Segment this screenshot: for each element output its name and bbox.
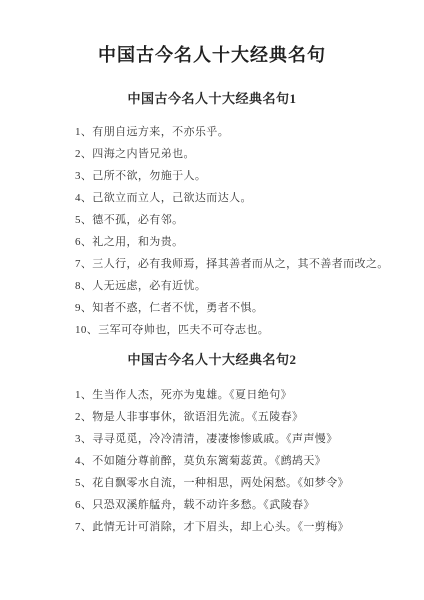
quote-line: 7、三人行，必有我师焉，择其善者而从之，其不善者而改之。 bbox=[75, 258, 394, 271]
quote-line: 4、己欲立而立人，己欲达而达人。 bbox=[75, 192, 394, 205]
page-title: 中国古今名人十大经典名句 bbox=[0, 0, 424, 68]
quote-line: 10、三军可夺帅也，匹夫不可夺志也。 bbox=[75, 324, 394, 337]
quote-line: 5、德不孤，必有邻。 bbox=[75, 214, 394, 227]
quote-line: 2、四海之内皆兄弟也。 bbox=[75, 148, 394, 161]
section-heading-2: 中国古今名人十大经典名句2 bbox=[0, 351, 424, 369]
quote-line: 3、寻寻觅觅，冷冷清清，凄凄惨惨戚戚。《声声慢》 bbox=[75, 433, 394, 446]
quote-line: 6、礼之用，和为贵。 bbox=[75, 236, 394, 249]
quote-line: 1、有朋自远方来，不亦乐乎。 bbox=[75, 126, 394, 139]
quote-line: 6、只恐双溪舴艋舟，载不动许多愁。《武陵春》 bbox=[75, 499, 394, 512]
quote-line: 4、不如随分尊前醉，莫负东篱菊蕊黄。《鹧鸪天》 bbox=[75, 455, 394, 468]
quote-line: 9、知者不惑，仁者不忧，勇者不惧。 bbox=[75, 302, 394, 315]
quote-line: 8、人无远虑，必有近忧。 bbox=[75, 280, 394, 293]
quote-line: 7、此情无计可消除，才下眉头，却上心头。《一剪梅》 bbox=[75, 521, 394, 534]
quote-list-1: 1、有朋自远方来，不亦乐乎。 2、四海之内皆兄弟也。 3、己所不欲，勿施于人。 … bbox=[0, 126, 424, 337]
quote-line: 2、物是人非事事休，欲语泪先流。《五陵春》 bbox=[75, 411, 394, 424]
quote-line: 3、己所不欲，勿施于人。 bbox=[75, 170, 394, 183]
document-page: 中国古今名人十大经典名句 中国古今名人十大经典名句1 1、有朋自远方来，不亦乐乎… bbox=[0, 0, 424, 600]
quote-list-2: 1、生当作人杰，死亦为鬼雄。《夏日绝句》 2、物是人非事事休，欲语泪先流。《五陵… bbox=[0, 389, 424, 534]
quote-line: 5、花自飘零水自流，一种相思，两处闲愁。《如梦令》 bbox=[75, 477, 394, 490]
quote-line: 1、生当作人杰，死亦为鬼雄。《夏日绝句》 bbox=[75, 389, 394, 402]
section-heading-1: 中国古今名人十大经典名句1 bbox=[0, 90, 424, 108]
